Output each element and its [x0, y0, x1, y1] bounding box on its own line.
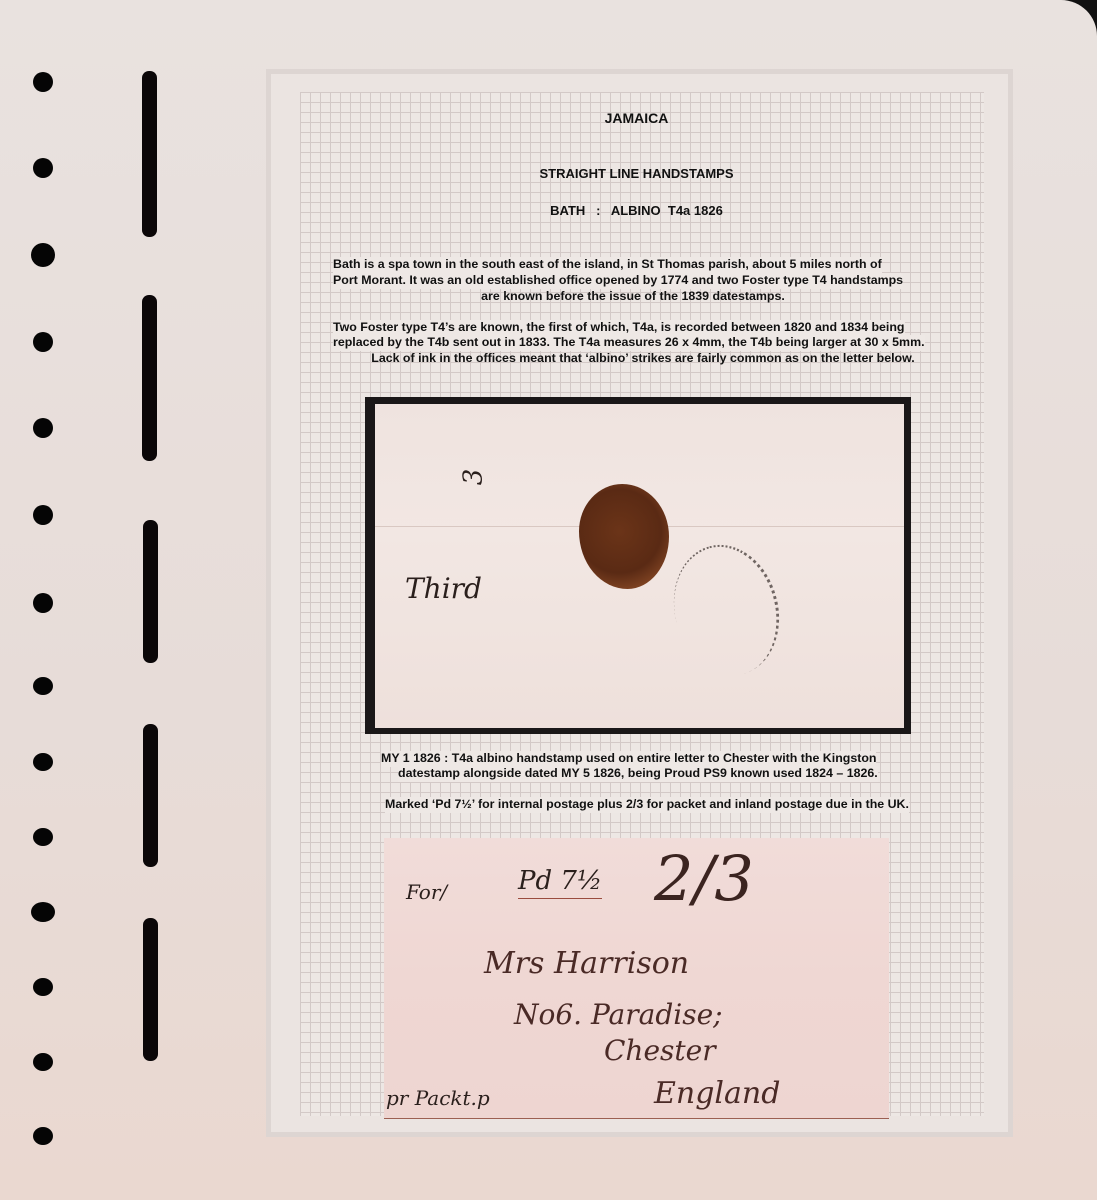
intro-para1-line1: Bath is a spa town in the south east of … [333, 257, 882, 273]
page-subtitle: BATH : ALBINO T4a 1826 [88, 203, 1097, 218]
manuscript-number: 3 [458, 469, 488, 486]
binder-hole [33, 158, 53, 178]
binder-hole [31, 902, 55, 922]
binder-slot [143, 918, 158, 1061]
intro-para2-line2: replaced by the T4b sent out in 1833. Th… [333, 335, 925, 351]
manuscript-third: Third [405, 572, 482, 605]
intro-para2-line1: Two Foster type T4’s are known, the firs… [333, 320, 905, 336]
binder-slot [142, 295, 157, 461]
binder-hole [33, 332, 53, 352]
binder-hole [33, 1053, 53, 1071]
binder-hole [33, 753, 53, 771]
page-country-title: JAMAICA [88, 110, 1097, 126]
cover-front-image: For/ Pd 7½ 2/3 Mrs Harrison No6. Paradis… [384, 838, 889, 1119]
manuscript-route: pr Packt.p [386, 1086, 490, 1110]
address-city: Chester [604, 1034, 716, 1067]
intro-para2-line3: Lack of ink in the offices meant that ‘a… [333, 351, 953, 367]
address-country: England [654, 1076, 780, 1111]
caption-line1: MY 1 1826 : T4a albino handstamp used on… [381, 751, 876, 767]
kingston-datestamp [660, 533, 794, 687]
manuscript-forwarded: For/ [406, 880, 447, 904]
binder-hole [31, 243, 55, 267]
binder-hole [33, 505, 53, 525]
binder-hole [33, 418, 53, 438]
binder-hole [33, 828, 53, 846]
cover-back-image: 3 Third [365, 397, 911, 734]
intro-para1-line2: Port Morant. It was an old established o… [333, 273, 903, 289]
binder-hole [33, 1127, 53, 1145]
wax-seal [579, 484, 669, 589]
address-name: Mrs Harrison [484, 946, 689, 981]
caption-line2: datestamp alongside dated MY 5 1826, bei… [398, 766, 878, 782]
binder-slot [143, 520, 158, 663]
binder-hole [33, 677, 53, 695]
intro-para1-line3: are known before the issue of the 1839 d… [333, 289, 933, 305]
caption-line3: Marked ‘Pd 7½’ for internal postage plus… [385, 797, 909, 813]
binder-hole [33, 593, 53, 613]
page-section-title: STRAIGHT LINE HANDSTAMPS [88, 166, 1097, 181]
address-street: No6. Paradise; [514, 998, 723, 1031]
binder-slot [143, 724, 158, 867]
binder-hole [33, 978, 53, 996]
binder-hole [33, 72, 53, 92]
manuscript-due: 2/3 [654, 842, 754, 915]
manuscript-paid: Pd 7½ [518, 866, 602, 899]
